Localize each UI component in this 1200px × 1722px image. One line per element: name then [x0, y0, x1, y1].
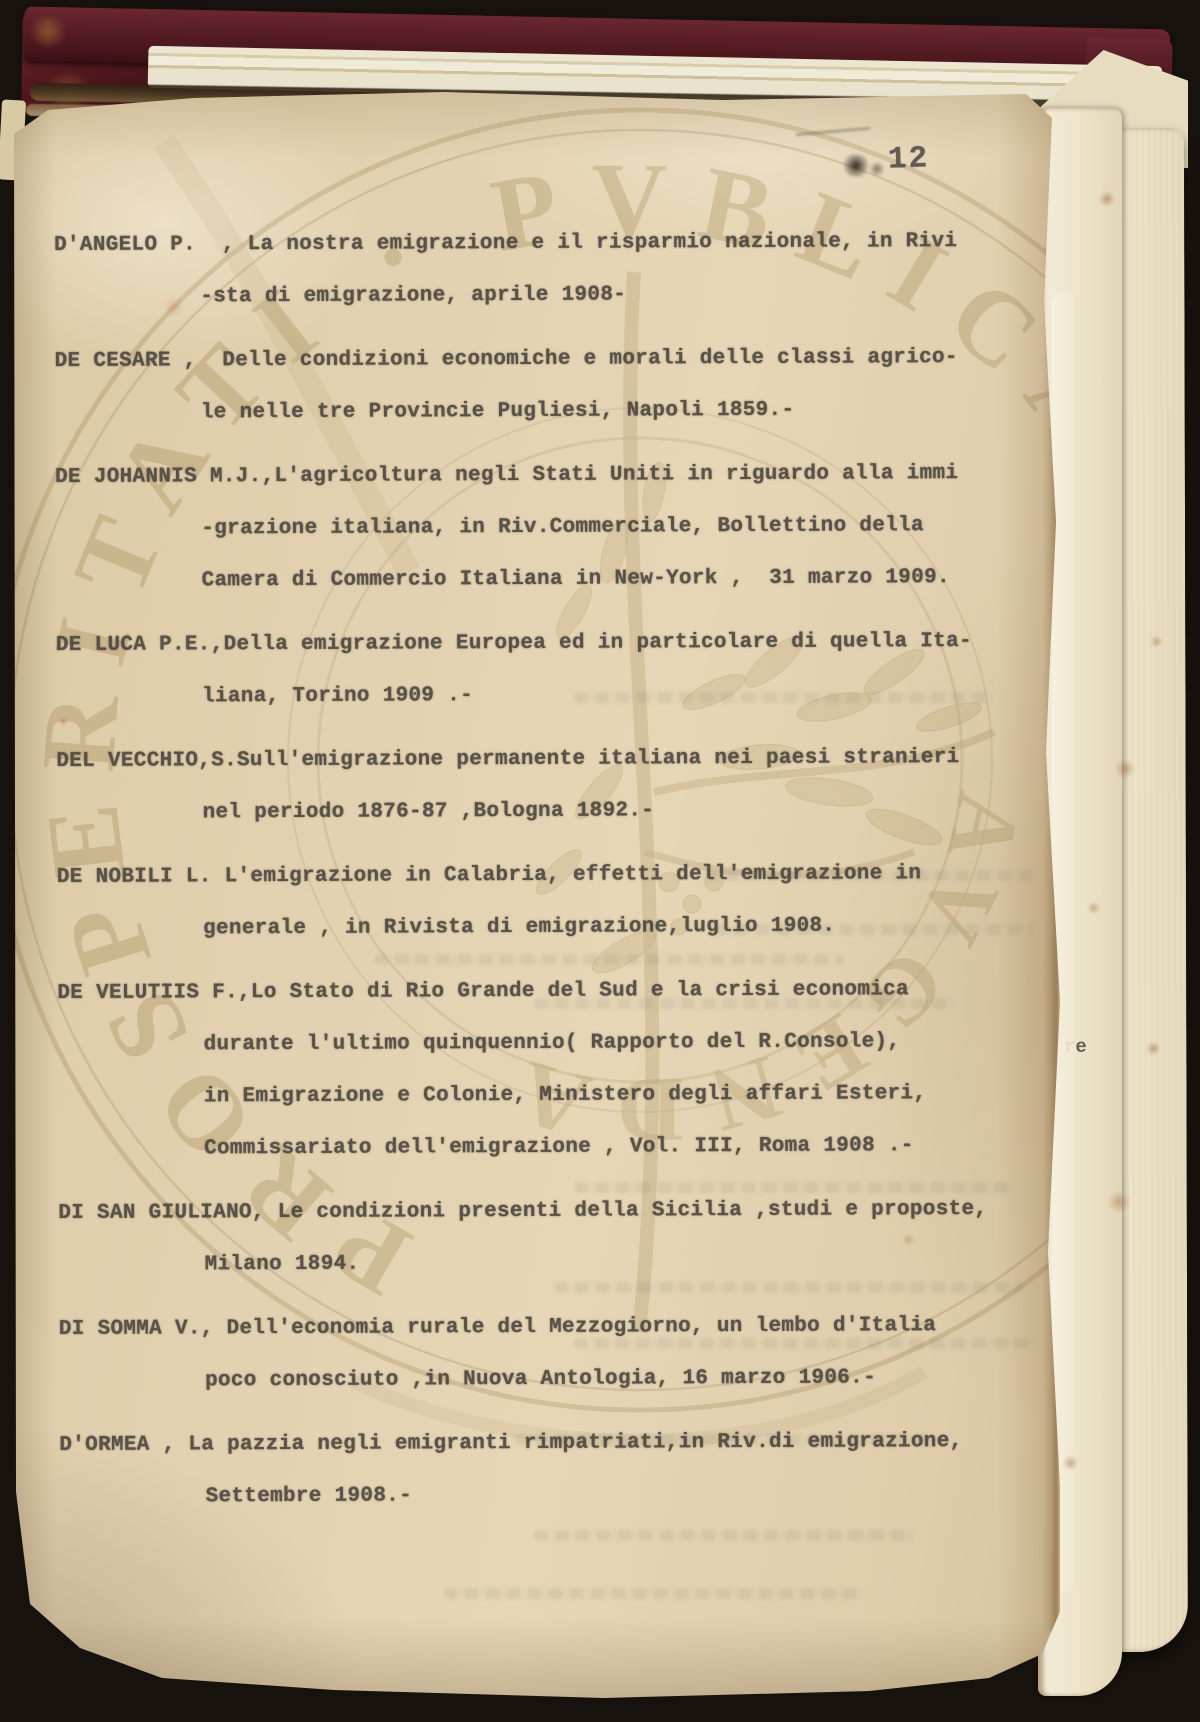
entry-author: D'ANGELO P.	[54, 233, 196, 257]
entry-text: Le condizioni presenti della Sicilia ,st…	[265, 1198, 988, 1224]
entry-text: -sta di emigrazione, aprile 1908-	[54, 268, 1054, 324]
foxing-stain	[1146, 1042, 1161, 1055]
cover-wear-mark	[26, 16, 70, 46]
foxing-stain	[1062, 1456, 1079, 1470]
entry-text: liana, Torino 1909 .-	[56, 668, 1056, 724]
foxing-stain	[1150, 636, 1163, 647]
entry-text: generale , in Rivista di emigrazione,lug…	[57, 900, 1057, 956]
bibliography-entry: DE NOBILI L. L'emigrazione in Calabria, …	[57, 848, 1057, 956]
entry-author: DE JOHANNIS M.J.,	[55, 465, 274, 489]
ink-smudge	[869, 162, 885, 176]
foxing-stain	[1086, 902, 1101, 914]
entry-text: -grazione italiana, in Riv.Commerciale, …	[55, 500, 1055, 556]
entry-author: D'ORMEA ,	[59, 1433, 175, 1457]
page-number: 12	[887, 141, 929, 177]
ink-speck	[60, 718, 67, 725]
ink-smudge	[841, 152, 872, 179]
bibliography-entry: DE CESARE , Delle condizioni economiche …	[55, 332, 1055, 440]
entry-text: poco conosciuto ,in Nuova Antologia, 16 …	[59, 1352, 1059, 1408]
foxing-stain	[1114, 760, 1136, 778]
entry-text: durante l'ultimo quinquennio( Rapporto d…	[57, 1016, 1057, 1072]
foxing-stain	[1098, 192, 1116, 206]
entry-text: L'agricoltura negli Stati Uniti in rigua…	[274, 462, 958, 488]
entry-text: Camera di Commercio Italiana in New-York…	[55, 552, 1055, 608]
bibliography-entry: DE VELUTIIS F.,Lo Stato di Rio Grande de…	[57, 964, 1058, 1176]
bibliography-list: D'ANGELO P. , La nostra emigrazione e il…	[54, 216, 1060, 1536]
entry-text: La pazzia negli emigranti rimpatriati,in…	[175, 1430, 962, 1456]
foxing-stain	[902, 1234, 915, 1245]
entry-text: Lo Stato di Rio Grande del Sud e la cris…	[251, 978, 909, 1004]
book-photo: re PROSPERITATI · PVBLICAE AVGENDAE	[0, 0, 1200, 1722]
entry-text: in Emigrazione e Colonie, Ministero degl…	[58, 1068, 1058, 1124]
page-number-area: 12	[842, 142, 1002, 188]
foxing-stain	[1106, 1192, 1132, 1212]
bibliography-entry: DE JOHANNIS M.J.,L'agricoltura negli Sta…	[55, 448, 1056, 608]
entry-text: Commissariato dell'emigrazione , Vol. II…	[58, 1120, 1058, 1176]
bibliography-entry: DE LUCA P.E.,Della emigrazione Europea e…	[56, 616, 1056, 724]
entry-text: L'emigrazione in Calabria, effetti dell'…	[212, 862, 922, 888]
bibliography-entry: DI SOMMA V., Dell'economia rurale del Me…	[59, 1300, 1059, 1408]
entry-author: DE VELUTIIS F.,	[57, 981, 251, 1005]
entry-author: DEL VECCHIO,S.	[56, 749, 237, 773]
entry-author: DE NOBILI L.	[57, 865, 212, 889]
entry-text: nel periodo 1876-87 ,Bologna 1892.-	[56, 784, 1056, 840]
entry-text: Della emigrazione Europea ed in particol…	[224, 630, 972, 656]
foxing-stain	[162, 298, 186, 316]
entry-text: Dell'economia rurale del Mezzogiorno, un…	[214, 1314, 937, 1340]
entry-author: DE LUCA P.E.,	[56, 633, 224, 657]
entry-text: Settembre 1908.-	[59, 1468, 1059, 1524]
bibliography-entry: D'ORMEA , La pazzia negli emigranti rimp…	[59, 1416, 1059, 1524]
entry-text: Delle condizioni economiche e morali del…	[197, 346, 958, 372]
entry-text: le nelle tre Provincie Pugliesi, Napoli …	[55, 384, 1055, 440]
scratch-mark	[796, 127, 870, 136]
entry-author: DI SAN GIULIANO,	[58, 1201, 265, 1225]
bleed-through-line	[444, 1588, 864, 1599]
entry-text: Sull'emigrazione permanente italiana nei…	[237, 746, 960, 772]
entry-author: DI SOMMA V.,	[59, 1317, 214, 1341]
bibliography-entry: DEL VECCHIO,S.Sull'emigrazione permanent…	[56, 732, 1056, 840]
document-page: PROSPERITATI · PVBLICAE AVGENDAE	[14, 92, 1060, 1698]
entry-author: DE CESARE ,	[55, 349, 197, 373]
entry-text: , La nostra emigrazione e il risparmio n…	[196, 230, 957, 256]
bibliography-entry: D'ANGELO P. , La nostra emigrazione e il…	[54, 216, 1054, 324]
